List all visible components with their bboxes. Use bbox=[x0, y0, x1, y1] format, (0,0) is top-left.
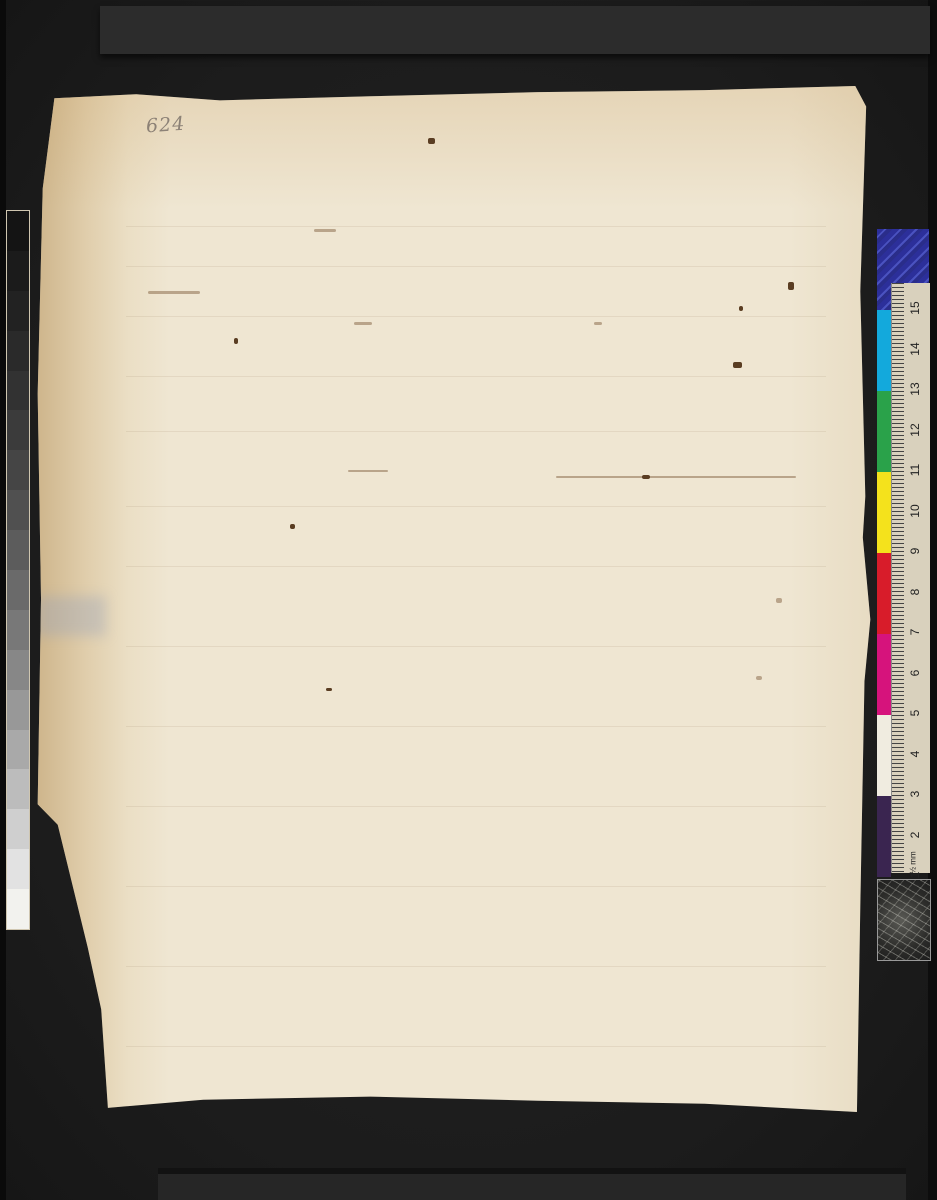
ink-spot bbox=[788, 282, 794, 290]
gray-step bbox=[7, 291, 29, 331]
ink-spot bbox=[234, 338, 238, 344]
swatch-cyan bbox=[877, 310, 891, 391]
swatch-yellow bbox=[877, 472, 891, 553]
swatch-green bbox=[877, 391, 891, 472]
ink-mark bbox=[148, 291, 200, 294]
gray-step bbox=[7, 769, 29, 809]
gray-step bbox=[7, 849, 29, 889]
swatch-magenta bbox=[877, 634, 891, 715]
ruled-line bbox=[126, 886, 826, 887]
ink-mark bbox=[594, 322, 602, 325]
gray-step bbox=[7, 650, 29, 690]
gray-step bbox=[7, 570, 29, 610]
ruler-unit-label: ½ mm bbox=[909, 851, 918, 873]
gray-step bbox=[7, 730, 29, 770]
ruled-line bbox=[126, 806, 826, 807]
ruler-number: 8 bbox=[908, 582, 922, 602]
ruled-line bbox=[126, 316, 826, 317]
ruler-number: 3 bbox=[908, 784, 922, 804]
ruler-number: 5 bbox=[908, 703, 922, 723]
ruler-number: 14 bbox=[908, 339, 922, 359]
gray-scale-wedge bbox=[6, 210, 30, 930]
ink-mark bbox=[354, 322, 372, 325]
ink-spot bbox=[428, 138, 435, 144]
gray-step bbox=[7, 610, 29, 650]
ruled-line bbox=[126, 1046, 826, 1047]
swatch-red bbox=[877, 553, 891, 634]
gray-step bbox=[7, 251, 29, 291]
ink-mark bbox=[348, 470, 388, 472]
color-calibration-chart: 151413121110987654321 ½ mm bbox=[877, 229, 929, 959]
gray-step bbox=[7, 690, 29, 730]
manuscript-leaf: 624 bbox=[36, 86, 872, 1112]
ruler-ticks bbox=[892, 283, 904, 873]
ruler-number: 2 bbox=[908, 825, 922, 845]
ink-spot bbox=[739, 306, 743, 311]
gray-step bbox=[7, 331, 29, 371]
ruled-line bbox=[126, 966, 826, 967]
gray-step bbox=[7, 450, 29, 490]
gray-step bbox=[7, 410, 29, 450]
ink-mark bbox=[556, 476, 796, 478]
ink-spot bbox=[326, 688, 332, 691]
texture-target bbox=[877, 879, 931, 961]
ruler-number: 9 bbox=[908, 541, 922, 561]
ruler-number: 12 bbox=[908, 420, 922, 440]
ruler-number: 10 bbox=[908, 501, 922, 521]
top-weight-strip bbox=[100, 6, 930, 54]
ruled-line bbox=[126, 506, 826, 507]
swatch-white bbox=[877, 715, 891, 796]
ink-spot bbox=[290, 524, 295, 529]
ruler-number: 11 bbox=[908, 460, 922, 480]
ruled-line bbox=[126, 226, 826, 227]
ruler-number: 4 bbox=[908, 744, 922, 764]
ruled-line bbox=[126, 646, 826, 647]
ink-spot bbox=[642, 475, 650, 479]
ruled-line bbox=[126, 376, 826, 377]
ruler-number: 15 bbox=[908, 298, 922, 318]
ruler-number: 6 bbox=[908, 663, 922, 683]
ink-mark bbox=[314, 229, 336, 232]
gray-step bbox=[7, 530, 29, 570]
bottom-weight-strip bbox=[158, 1168, 906, 1200]
ruled-line bbox=[126, 431, 826, 432]
ink-spot bbox=[733, 362, 742, 368]
ruler-number: 13 bbox=[908, 379, 922, 399]
ruled-line bbox=[126, 266, 826, 267]
gray-step bbox=[7, 490, 29, 530]
gray-step bbox=[7, 809, 29, 849]
measuring-ruler: 151413121110987654321 ½ mm bbox=[891, 283, 930, 873]
ink-mark bbox=[756, 676, 762, 680]
gray-step bbox=[7, 371, 29, 411]
ruled-line bbox=[126, 566, 826, 567]
ruler-number: 7 bbox=[908, 622, 922, 642]
ink-mark bbox=[776, 598, 782, 603]
swatch-purple bbox=[877, 796, 891, 877]
blue-stain bbox=[36, 596, 106, 636]
folio-number: 624 bbox=[145, 113, 186, 138]
gray-step bbox=[7, 889, 29, 929]
ruled-line bbox=[126, 726, 826, 727]
gray-step bbox=[7, 211, 29, 251]
